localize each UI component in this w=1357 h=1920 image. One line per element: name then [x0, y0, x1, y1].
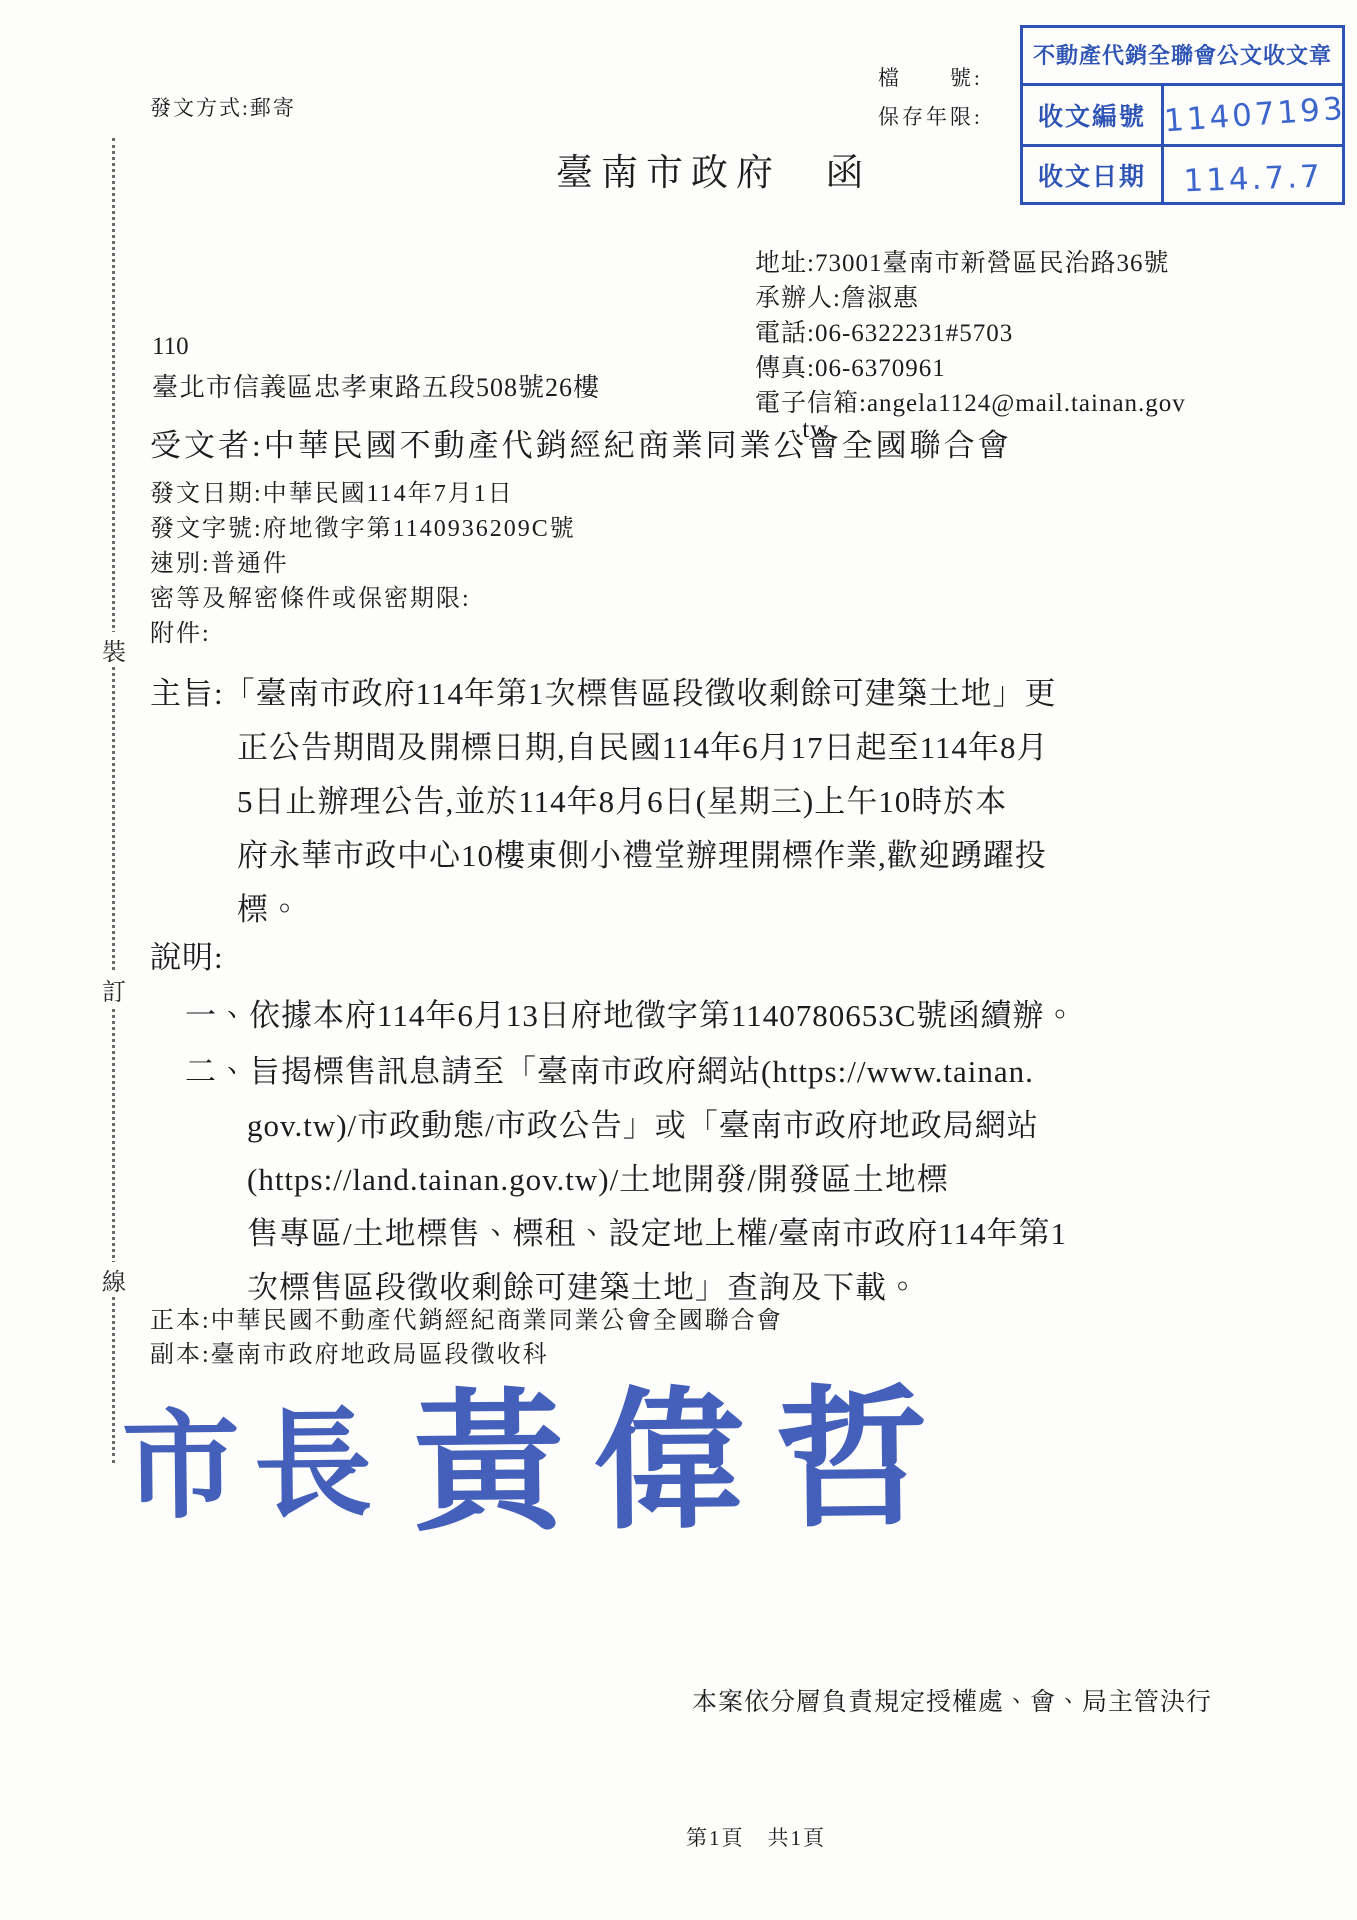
explanation-item1: 一、依據本府114年6月13日府地徵字第1140780653C號函續辦。: [185, 990, 1076, 1035]
subject-line: 主旨:「臺南市政府114年第1次標售區段徵收剩餘可建築土地」更: [150, 668, 1056, 713]
mayor-signature-stamp: 市長 黃偉哲: [121, 1384, 959, 1545]
agency-address: 地址:73001臺南市新營區民治路36號: [755, 243, 1169, 279]
issue-date: 發文日期:中華民國114年7月1日: [150, 473, 514, 508]
doc-number: 發文字號:府地徵字第1140936209C號: [150, 508, 576, 543]
copy-original: 正本:中華民國不動產代銷經紀商業同業公會全國聯合會: [150, 1300, 783, 1335]
mayor-title: 市長: [121, 1407, 386, 1528]
explanation-heading: 說明:: [150, 932, 224, 977]
speed-class: 速別:普通件: [150, 543, 289, 578]
recipient-address: 臺北市信義區忠孝東路五段508號26樓: [152, 367, 600, 404]
binding-mark-ding: 訂: [99, 972, 129, 1007]
page-title: 臺南市政府 函: [556, 142, 871, 196]
receipt-date-label: 收文日期: [1023, 147, 1164, 202]
receipt-no-value: 11407193: [1162, 80, 1347, 151]
subject-line: 標。: [237, 884, 301, 929]
agency-contact-person: 承辦人:詹淑惠: [755, 278, 919, 314]
receipt-no-label: 收文編號: [1023, 86, 1164, 144]
page-number: 第1頁 共1頁: [686, 1822, 826, 1852]
receipt-stamp-title: 不動產代銷全聯會公文收文章: [1023, 28, 1342, 86]
delegation-note: 本案依分層負責規定授權處、會、局主管決行: [692, 1682, 1212, 1718]
send-method: 發文方式:郵寄: [150, 92, 296, 122]
mayor-name: 黃偉哲: [411, 1384, 959, 1542]
security-class: 密等及解密條件或保密期限:: [150, 578, 471, 613]
file-no-label: 檔 號:: [878, 62, 983, 92]
copy-cc: 副本:臺南市政府地政局區段徵收科: [150, 1334, 549, 1369]
recipient-line: 受文者:中華民國不動產代銷經紀商業同業公會全國聯合會: [150, 420, 1012, 465]
agency-email-line1: 電子信箱:angela1124@mail.tainan.gov: [755, 383, 1186, 419]
official-letter-page: 發文方式:郵寄 檔 號: 保存年限: 不動產代銷全聯會公文收文章 收文編號 11…: [0, 0, 1357, 1920]
attachment: 附件:: [150, 613, 211, 648]
subject-line: 府永華市政中心10樓東側小禮堂辦理開標作業,歡迎踴躍投: [237, 830, 1047, 875]
binding-mark-xian: 線: [99, 1262, 129, 1297]
recipient-zip: 110: [152, 333, 189, 361]
receipt-date-row: 收文日期 114.7.7: [1023, 144, 1342, 202]
explanation-item2-line: 售專區/土地標售、標租、設定地上權/臺南市政府114年第1: [247, 1208, 1067, 1253]
explanation-item2-line: (https://land.tainan.gov.tw)/土地開發/開發區土地標: [247, 1154, 949, 1199]
explanation-item2-line: gov.tw)/市政動態/市政公告」或「臺南市政府地政局網站: [247, 1100, 1039, 1145]
retention-label: 保存年限:: [878, 101, 983, 131]
agency-phone: 電話:06-6322231#5703: [755, 313, 1013, 349]
binding-mark-zhuang: 裝: [99, 632, 129, 667]
agency-fax: 傳真:06-6370961: [755, 348, 946, 384]
subject-line: 正公告期間及開標日期,自民國114年6月17日起至114年8月: [237, 722, 1048, 767]
receipt-stamp-box: 不動產代銷全聯會公文收文章 收文編號 11407193 收文日期 114.7.7: [1020, 25, 1345, 205]
receipt-date-value: 114.7.7: [1163, 148, 1343, 209]
explanation-item2-line: 二、旨揭標售訊息請至「臺南市政府網站(https://www.tainan.: [185, 1046, 1034, 1091]
receipt-no-row: 收文編號 11407193: [1023, 86, 1342, 144]
subject-line: 5日止辦理公告,並於114年8月6日(星期三)上午10時於本: [237, 776, 1007, 821]
